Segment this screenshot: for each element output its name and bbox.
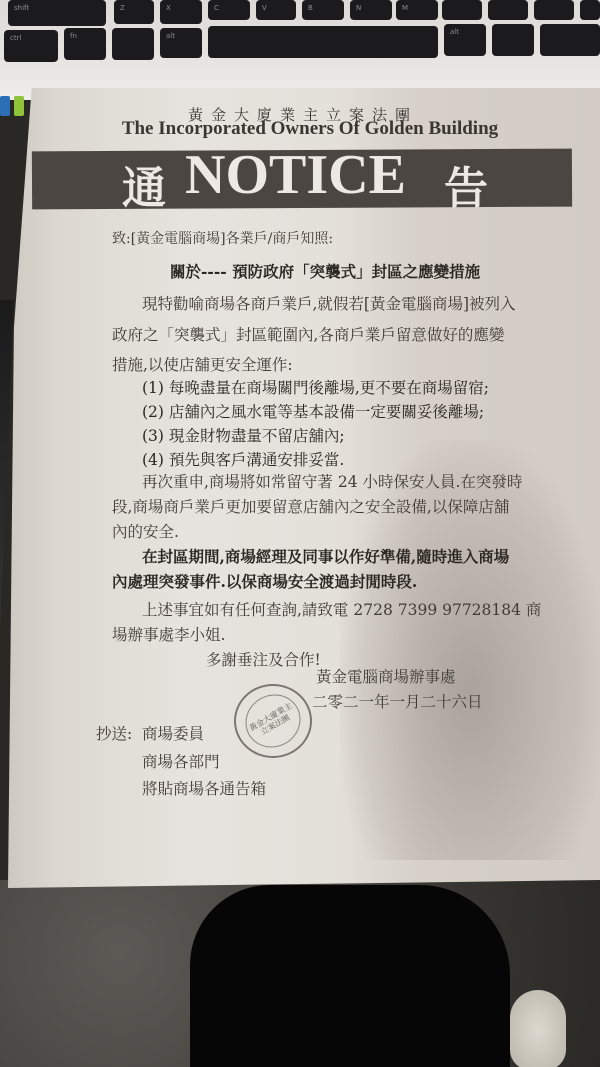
- enquiry-line-2: 場辦事處李小姐.: [112, 623, 225, 645]
- addressee: 致:[黃金電腦商場]各業戶/商戶知照:: [112, 228, 333, 248]
- cc-item-1: 商場委員: [142, 722, 204, 744]
- intro-line-2: 政府之「突襲式」封區範圍內,各商戶業戶留意做好的應變: [112, 323, 504, 345]
- reiterate-line-3: 內的安全.: [112, 520, 179, 542]
- measure-3: (3) 現金財物盡量不留店舖內;: [142, 424, 345, 446]
- cc-item-2: 商場各部門: [142, 750, 220, 772]
- org-name-english: The Incorporated Owners Of Golden Buildi…: [120, 118, 500, 140]
- official-seal-stamp: 黃金大廈業主立案法團: [234, 684, 312, 758]
- cc-item-3: 將貼商場各通告箱: [142, 777, 266, 799]
- notice-content: 黃金大廈業主立案法團 The Incorporated Owners Of Go…: [0, 0, 600, 1067]
- banner-notice-title: NOTICE: [185, 143, 406, 207]
- banner-char-left: 通: [122, 152, 166, 216]
- enquiry-line-1: 上述事宜如有任何查詢,請致電 2728 7399 97728184 商: [142, 598, 541, 620]
- intro-line-3: 措施,以使店舖更安全運作:: [112, 353, 293, 375]
- banner-char-right: 告: [444, 152, 488, 216]
- signature-office: 黃金電腦商場辦事處: [316, 665, 456, 687]
- measure-4: (4) 預先與客戶溝通安排妥當.: [142, 448, 344, 470]
- subject-line: 關於---- 預防政府「突襲式」封區之應變措施: [170, 260, 480, 282]
- reiterate-line-2: 段,商場商戶業戶更加要留意店舖內之安全設備,以保障店舖: [112, 495, 509, 517]
- notice-date: 二零二一年一月二十六日: [312, 690, 483, 712]
- reiterate-line-1: 再次重申,商場將如常留守著 24 小時保安人員.在突發時: [142, 470, 522, 492]
- stamp-text: 黃金大廈業主立案法團: [236, 684, 310, 757]
- cc-label: 抄送:: [96, 722, 132, 744]
- lockdown-line-1: 在封區期間,商場經理及同事以作好準備,隨時進入商場: [142, 545, 509, 567]
- intro-line-1: 現特勸喻商場各商戶業戶,就假若[黃金電腦商場]被列入: [142, 292, 516, 314]
- measure-1: (1) 每晚盡量在商場關門後離場,更不要在商場留宿;: [142, 376, 489, 398]
- thanks-line: 多謝垂注及合作!: [206, 648, 321, 670]
- lockdown-line-2: 內處理突發事件.以保商場安全渡過封閒時段.: [112, 570, 417, 592]
- measure-2: (2) 店舖內之風水電等基本設備一定要關妥後離場;: [142, 400, 484, 422]
